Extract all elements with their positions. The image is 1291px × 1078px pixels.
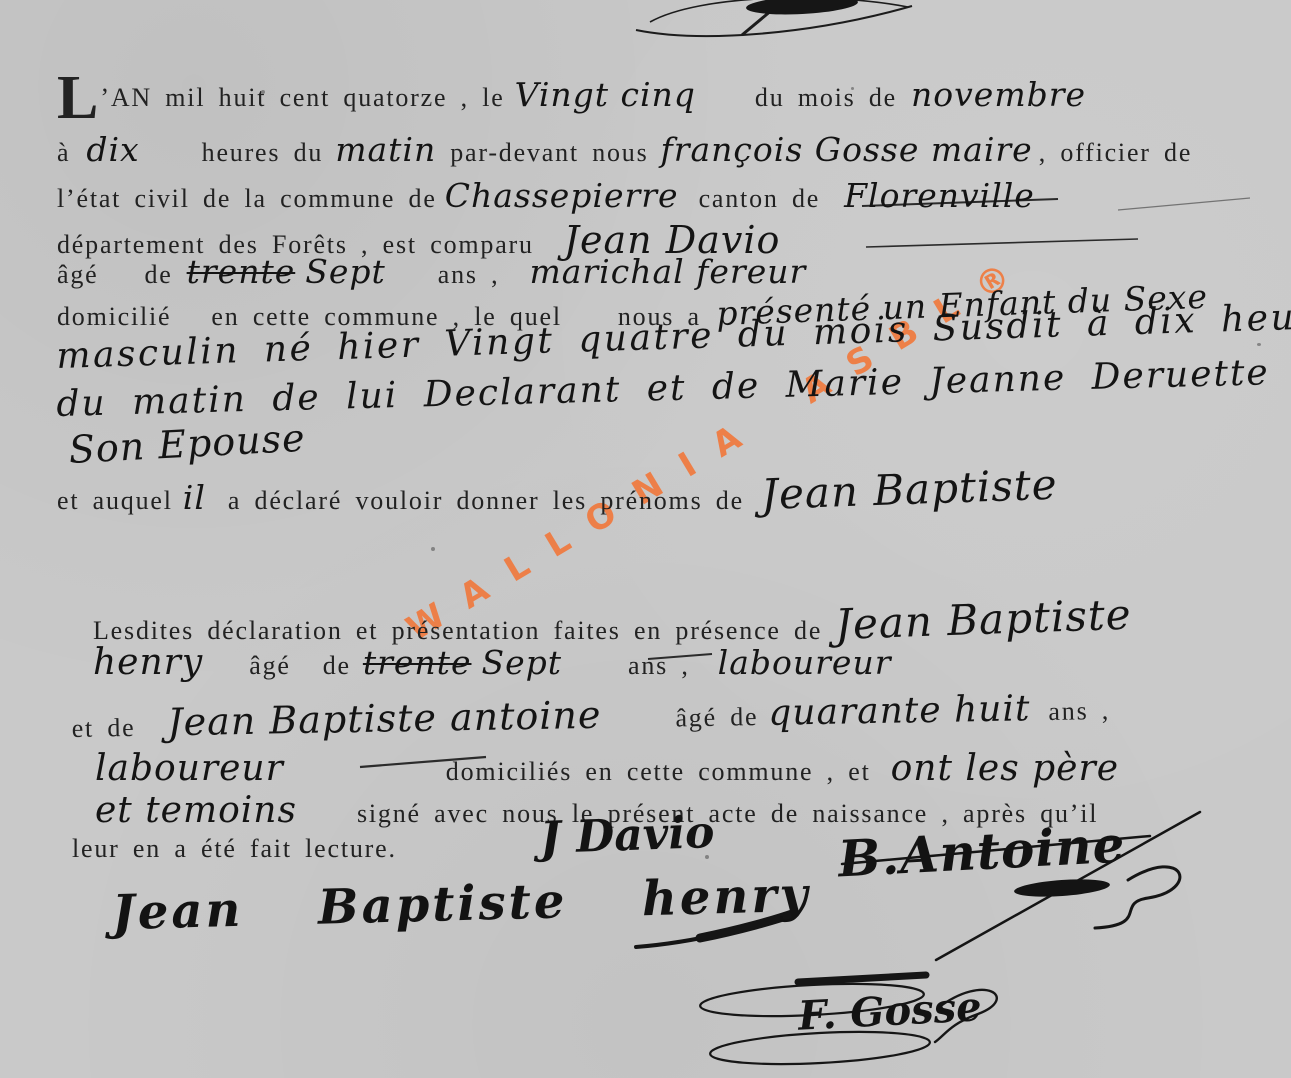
printed-text: l’état civil de la commune de <box>57 184 437 213</box>
act-line-10: et auquel il a déclaré vouloir donner le… <box>57 470 1058 519</box>
handwritten-witness1-age: Sept <box>481 643 562 682</box>
signature-davio: J Davio <box>539 807 715 864</box>
printed-text: âgé de <box>675 702 758 732</box>
act-line-16: leur en a été fait lecture. <box>72 834 397 864</box>
printed-text: ans , <box>438 260 500 289</box>
printed-text: a déclaré vouloir donner les prénoms de <box>228 486 744 515</box>
paper-speck <box>261 90 265 94</box>
handwritten-witness2-age: quarante huit <box>768 688 1031 734</box>
printed-text: Lesdites déclaration et présentation fai… <box>93 616 822 645</box>
dropcap-L: L <box>57 64 98 132</box>
printed-text: heures du <box>202 138 324 167</box>
paper-speck <box>705 855 709 859</box>
printed-text: de <box>144 260 172 289</box>
handwritten-month: novembre <box>911 75 1086 114</box>
paper-speck <box>1257 343 1261 346</box>
printed-text: ans , <box>628 651 690 680</box>
top-flourish-mark <box>636 0 912 36</box>
handwritten-witness1-age-struck: trente <box>363 643 472 682</box>
printed-text: par-devant nous <box>450 138 648 167</box>
act-line-12: henry âgé de trente Sept ans , laboureur <box>93 642 891 683</box>
printed-text: âgé <box>57 260 98 289</box>
printed-text: canton de <box>699 184 821 213</box>
handwritten-age-struck: trente <box>187 252 296 291</box>
printed-text: leur en a été fait lecture. <box>72 834 397 863</box>
handwritten-il: il <box>183 478 206 517</box>
printed-text: et auquel <box>57 486 173 515</box>
handwritten-hour: dix <box>86 130 139 169</box>
act-line-2: à dix heures du matin par-devant nous fr… <box>57 130 1192 169</box>
act-line-13: et de Jean Baptiste antoine âgé de quara… <box>71 684 1110 746</box>
act-line-9: Son Epouse <box>68 416 307 472</box>
printed-text: âgé <box>249 651 290 680</box>
printed-text: domicilié <box>57 302 171 331</box>
handwritten-witness1-profession: laboureur <box>718 643 892 682</box>
handwritten-commune: Chassepierre <box>445 176 679 215</box>
handwritten-witness2-profession: laboureur <box>95 748 284 789</box>
signature-gosse: F. Gosse <box>797 983 983 1040</box>
paper-speck <box>431 547 435 551</box>
handwritten-spouse: Son Epouse <box>68 416 307 472</box>
printed-text: ans , <box>1048 696 1110 726</box>
handwritten-witness1-firstname: Jean Baptiste <box>834 590 1132 649</box>
act-line-1: L’AN mil huit cent quatorze , le Vingt c… <box>57 75 1086 114</box>
printed-text: et de <box>71 713 135 743</box>
handwritten-officer-name: françois Gosse maire <box>661 130 1033 169</box>
paper-speck <box>851 87 854 90</box>
handwritten-child-name: Jean Baptiste <box>760 460 1058 519</box>
act-line-5: âgé de trente Sept ans , marichal fereur <box>57 252 806 291</box>
dash-after-fereur <box>866 239 1138 247</box>
handwritten-profession: marichal fereur <box>529 252 806 291</box>
handwritten-day: Vingt cinq <box>515 75 696 114</box>
act-line-14: laboureur domiciliés en cette commune , … <box>95 748 1119 789</box>
handwritten-et-temoins: et temoins <box>95 790 297 831</box>
printed-text: à <box>57 138 70 167</box>
printed-text: ’AN mil huit cent quatorze , le <box>100 83 504 112</box>
handwritten-canton: Florenville <box>844 176 1035 215</box>
handwritten-ampm: matin <box>335 130 436 169</box>
printed-text: du mois de <box>755 83 897 112</box>
handwritten-ont-les-pere: ont les père <box>891 748 1119 789</box>
handwritten-age: Sept <box>305 252 386 291</box>
signature-henry: Jean Baptiste henry <box>111 867 811 941</box>
printed-text: domiciliés en cette commune , et <box>446 757 871 786</box>
printed-text: de <box>323 651 351 680</box>
scanned-birth-act-page: WALLONIA ASBL® L’AN mil huit cent quator… <box>0 0 1291 1078</box>
handwritten-witness2-name: Jean Baptiste antoine <box>167 693 602 745</box>
handwritten-witness1-surname: henry <box>93 642 203 683</box>
act-line-3: l’état civil de la commune de Chassepier… <box>57 176 1035 215</box>
printed-text: , officier de <box>1039 138 1192 167</box>
faint-line-after-florenville <box>1118 198 1250 210</box>
